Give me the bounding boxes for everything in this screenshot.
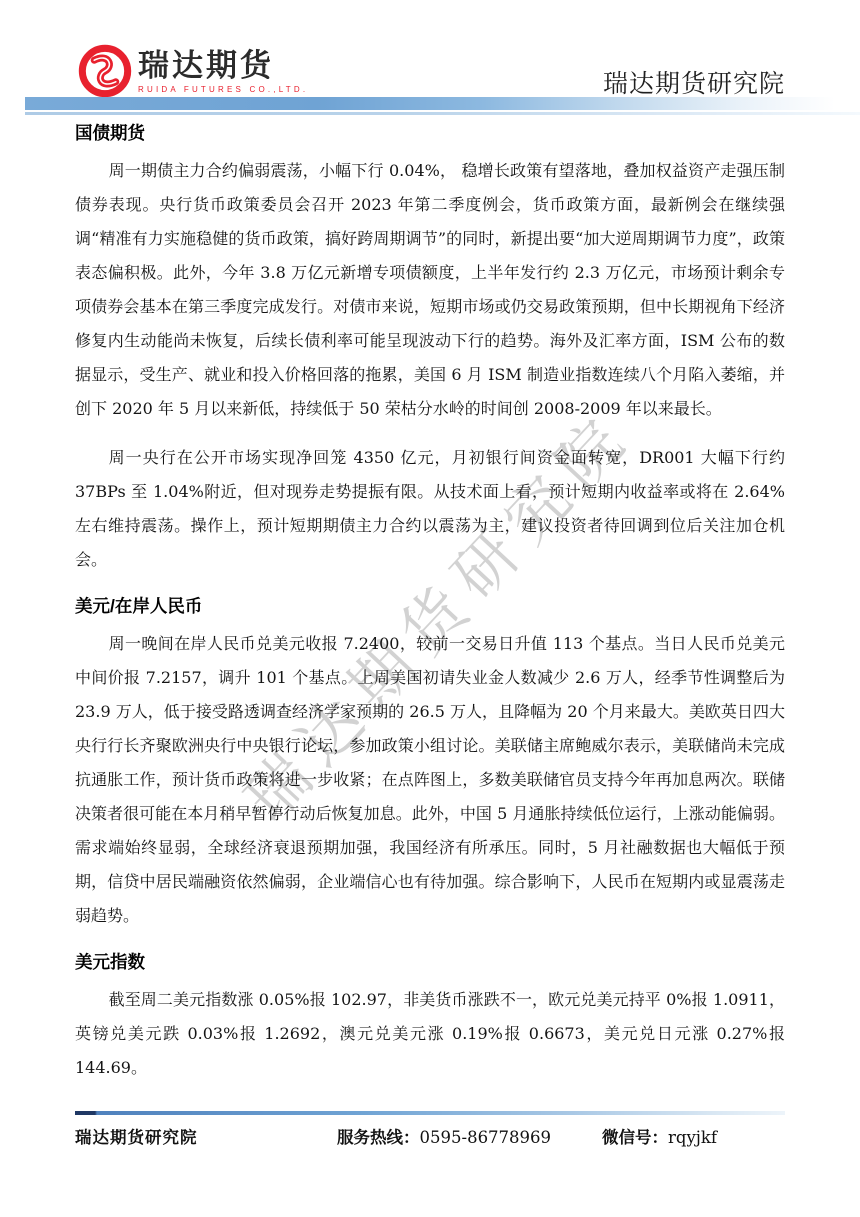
section-treasury-futures: 国债期货 周一期债主力合约偏弱震荡，小幅下行 0.04%， 稳增长政策有望落地，… <box>75 120 785 577</box>
footer-institute: 瑞达期货研究院 <box>75 1124 198 1148</box>
paragraph-treasury-2: 周一央行在公开市场实现净回笼 4350 亿元，月初银行间资金面转宽，DR001 … <box>75 441 785 577</box>
header-divider <box>25 97 860 115</box>
document-page: 瑞达期货 RUIDA FUTURES CO.,LTD. 瑞达期货研究院 瑞达期货… <box>0 0 860 1217</box>
footer-hotline-label: 服务热线： <box>337 1129 420 1147</box>
section-heading-treasury-futures: 国债期货 <box>75 120 785 146</box>
footer-divider <box>75 1111 785 1115</box>
section-usd-onshore-cny: 美元/在岸人民币 周一晚间在岸人民币兑美元收报 7.2400，较前一交易日升值 … <box>75 593 785 933</box>
logo-company-name: 瑞达期货 <box>138 49 308 83</box>
ruida-logo-icon <box>78 44 132 98</box>
section-usd-index: 美元指数 截至周二美元指数涨 0.05%报 102.97，非美货币涨跌不一，欧元… <box>75 949 785 1085</box>
footer-hotline-number: 0595-86778969 <box>420 1128 552 1147</box>
footer: 瑞达期货研究院 服务热线：0595-86778969 微信号：rqyjkf <box>75 1124 785 1148</box>
paragraph-usd-cny-1: 周一晚间在岸人民币兑美元收报 7.2400，较前一交易日升值 113 个基点。当… <box>75 627 785 933</box>
header-divider-thin <box>25 112 860 115</box>
footer-wechat-id: rqyjkf <box>668 1128 717 1147</box>
paragraph-usd-index-1: 截至周二美元指数涨 0.05%报 102.97，非美货币涨跌不一，欧元兑美元持平… <box>75 983 785 1085</box>
footer-hotline: 服务热线：0595-86778969 <box>337 1124 551 1148</box>
logo-company-subtitle: RUIDA FUTURES CO.,LTD. <box>138 85 308 94</box>
company-logo: 瑞达期货 RUIDA FUTURES CO.,LTD. <box>78 44 308 98</box>
header-institute-title: 瑞达期货研究院 <box>603 64 785 100</box>
section-heading-usd-index: 美元指数 <box>75 949 785 975</box>
footer-wechat: 微信号：rqyjkf <box>602 1124 717 1148</box>
footer-wechat-label: 微信号： <box>602 1129 668 1147</box>
report-body: 国债期货 周一期债主力合约偏弱震荡，小幅下行 0.04%， 稳增长政策有望落地，… <box>75 120 785 1100</box>
header-divider-main <box>25 97 860 110</box>
logo-text-block: 瑞达期货 RUIDA FUTURES CO.,LTD. <box>138 49 308 94</box>
section-heading-usd-cny: 美元/在岸人民币 <box>75 593 785 619</box>
paragraph-treasury-1: 周一期债主力合约偏弱震荡，小幅下行 0.04%， 稳增长政策有望落地，叠加权益资… <box>75 154 785 426</box>
